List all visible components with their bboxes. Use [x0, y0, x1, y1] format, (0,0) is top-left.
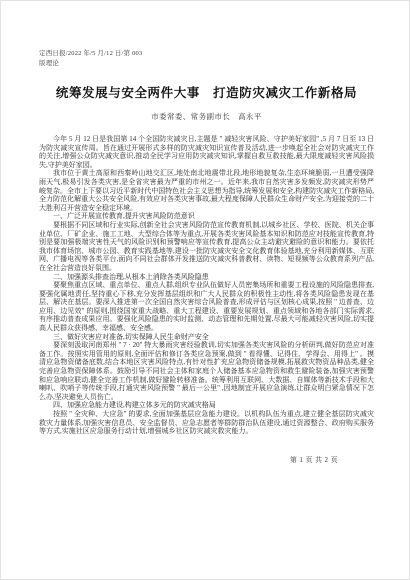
body-paragraph: 我市位于黄土高原和西秦岭山地交汇区,地处南北地震带北段,地形地貌复杂,生态环境脆…	[39, 169, 374, 212]
page-content: 定西日报/2022 年/5 月/12 日/第 003 版理论 统筹发展与安全两件…	[1, 1, 409, 465]
page-number-indicator: 第 1 页 共 2 页	[39, 455, 374, 465]
article-byline: 市委常委、常务副市长 高永平	[39, 111, 374, 122]
body-paragraph: 要聚焦重点区域、重点单位、重点人群,组织专业队伍做好人员密集场所和重要工程设施的…	[39, 281, 374, 333]
citation-line-1: 定西日报/2022 年/5 月/12 日/第 003	[39, 49, 374, 59]
section-heading: 四、加强应急能力建设,构建立体多元的防灾减灾格局	[39, 401, 374, 410]
source-citation: 定西日报/2022 年/5 月/12 日/第 003 版理论	[39, 49, 374, 68]
body-paragraph: 要深刻汲取河南郑州 " 7 · 20" 特大暴雨灾害经验教训,切实加强各类灾害风…	[39, 341, 374, 401]
article-title: 统筹发展与安全两件大事 打造防灾减灾工作新格局	[39, 83, 374, 101]
section-heading: 二、加强源头排查治理,从根本上消除各类风险隐患	[39, 273, 374, 282]
article-body: 今年 5 月 12 日是我国第 14 个全国防灾减灾日,主题是 " 减轻灾害风险…	[39, 135, 374, 436]
body-paragraph: 要根据不同区域和行业实际,创新全社会灾害风险防范宣传教育机制,以城乡社区、学校、…	[39, 221, 374, 273]
section-heading: 一、广泛开展宣传教育,提升灾害风险防范意识	[39, 212, 374, 221]
section-heading: 三、做好灾害应对准备,切实保障人民生命财产安全	[39, 333, 374, 342]
document-page: 定西日报/2022 年/5 月/12 日/第 003 版理论 统筹发展与安全两件…	[0, 0, 410, 580]
body-paragraph: 今年 5 月 12 日是我国第 14 个全国防灾减灾日,主题是 " 减轻灾害风险…	[39, 135, 374, 169]
body-paragraph: 按照 " 全灾种、大应急" 的要求,全面加强基层应急能力建设。以机构队伍为重点,…	[39, 410, 374, 436]
citation-line-2: 版理论	[39, 59, 374, 69]
